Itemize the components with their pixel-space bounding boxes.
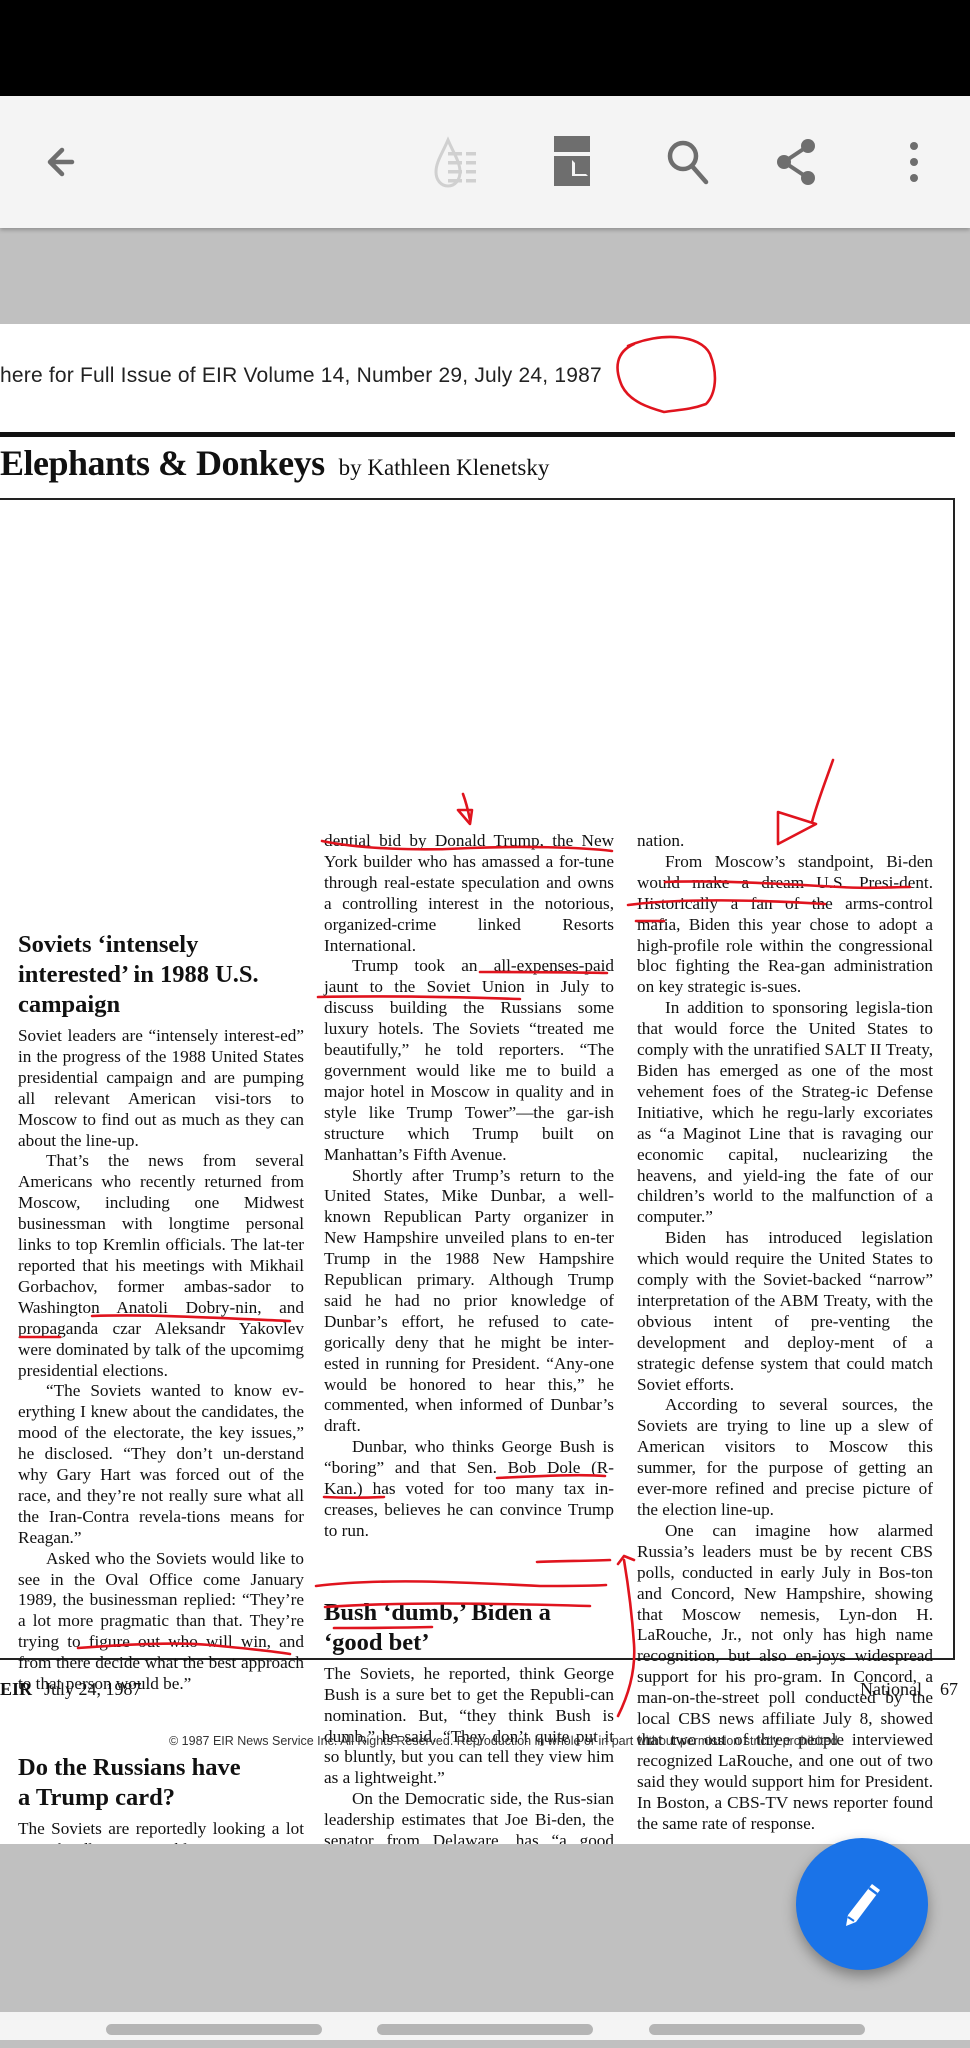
- paragraph: According to several sources, the Soviet…: [637, 1395, 933, 1520]
- paragraph: Shortly after Trump’s return to the Unit…: [324, 1166, 614, 1438]
- paragraph: That’s the news from several Americans w…: [18, 1151, 304, 1381]
- footer-section: National: [860, 1679, 922, 1699]
- article-column-2: dential bid by Donald Trump, the New Yor…: [324, 831, 614, 1844]
- page-footer-right: National67: [860, 1679, 958, 1700]
- paragraph: Biden has introduced legislation which w…: [637, 1228, 933, 1395]
- arrow-annotation: [812, 760, 833, 822]
- subheading-trump-card: Do the Russians have a Trump card?: [18, 1753, 258, 1813]
- subheading-bush-dumb: Bush ‘dumb,’ Biden a ‘good bet’: [324, 1598, 554, 1658]
- page-number: 67: [940, 1679, 958, 1699]
- share-icon: [770, 136, 822, 188]
- box-top-rule: [0, 498, 955, 500]
- paragraph: Asked who the Soviets would like to see …: [18, 1549, 304, 1695]
- copyright-notice: © 1987 EIR News Service Inc. All Rights …: [0, 1734, 970, 1748]
- paragraph: The Soviets are reportedly looking a lot…: [18, 1819, 304, 1844]
- section-title: Elephants & Donkeys: [0, 443, 325, 483]
- arrow-annotation: [463, 794, 470, 820]
- pdf-page: here for Full Issue of EIR Volume 14, Nu…: [0, 324, 970, 1844]
- paragraph: On the Democratic side, the Rus-sian lea…: [324, 1789, 614, 1844]
- reading-mode-icon: [428, 134, 484, 190]
- paragraph: The Soviets, he reported, think George B…: [324, 1664, 614, 1789]
- paragraph: From Moscow’s standpoint, Bi-den would m…: [637, 852, 933, 998]
- search-button[interactable]: [658, 132, 718, 192]
- header-rule: [0, 432, 955, 437]
- byline: by Kathleen Klenetsky: [339, 455, 550, 480]
- reading-mode-button[interactable]: [426, 132, 486, 192]
- paragraph: Trump took an all-expenses-paid jaunt to…: [324, 956, 614, 1165]
- paragraph: One can imagine how alarmed Russia’s lea…: [637, 1521, 933, 1835]
- full-issue-link[interactable]: here for Full Issue of EIR Volume 14, Nu…: [0, 364, 602, 388]
- article-column-1: Soviets ‘intensely interested’ in 1988 U…: [18, 930, 304, 1844]
- back-button[interactable]: [36, 132, 96, 192]
- paragraph: Soviet leaders are “intensely interest-e…: [18, 1026, 304, 1151]
- footer-date: July 24, 1987: [44, 1679, 142, 1699]
- paragraph: nation.: [637, 831, 933, 852]
- bottom-strip: [0, 2040, 970, 2048]
- arrow-annotation: [618, 1560, 634, 1716]
- nav-pill-2[interactable]: [377, 2024, 593, 2035]
- nav-pill-3[interactable]: [649, 2024, 865, 2035]
- edit-fab-button[interactable]: [796, 1838, 928, 1970]
- search-icon: [662, 136, 714, 188]
- top-app-bar: [0, 96, 970, 228]
- box-right-rule: [953, 498, 955, 1660]
- pencil-edit-icon: [834, 1876, 890, 1932]
- nav-pill-1[interactable]: [106, 2024, 322, 2035]
- paragraph: dential bid by Donald Trump, the New Yor…: [324, 831, 614, 956]
- circle-annotation: [618, 337, 715, 412]
- paragraph: In addition to sponsoring legisla-tion t…: [637, 998, 933, 1228]
- status-bar: [0, 0, 970, 96]
- page-footer-left: EIRJuly 24, 1987: [0, 1679, 142, 1700]
- page-layout-icon: [550, 134, 594, 190]
- more-options-button[interactable]: [884, 132, 944, 192]
- bottom-nav-bar: [0, 2012, 970, 2040]
- arrow-left-icon: [42, 138, 90, 186]
- pdf-viewer[interactable]: here for Full Issue of EIR Volume 14, Nu…: [0, 228, 970, 2048]
- paragraph: Dunbar, who thinks George Bush is “borin…: [324, 1437, 614, 1542]
- publication-name: EIR: [0, 1679, 32, 1699]
- paragraph: “The Soviets wanted to know ev-erything …: [18, 1381, 304, 1548]
- subheading-soviets-interested: Soviets ‘intensely interested’ in 1988 U…: [18, 930, 304, 1020]
- more-vert-icon: [906, 138, 922, 186]
- section-header: Elephants & Donkeysby Kathleen Klenetsky: [0, 442, 549, 484]
- share-button[interactable]: [766, 132, 826, 192]
- page-layout-button[interactable]: [542, 132, 602, 192]
